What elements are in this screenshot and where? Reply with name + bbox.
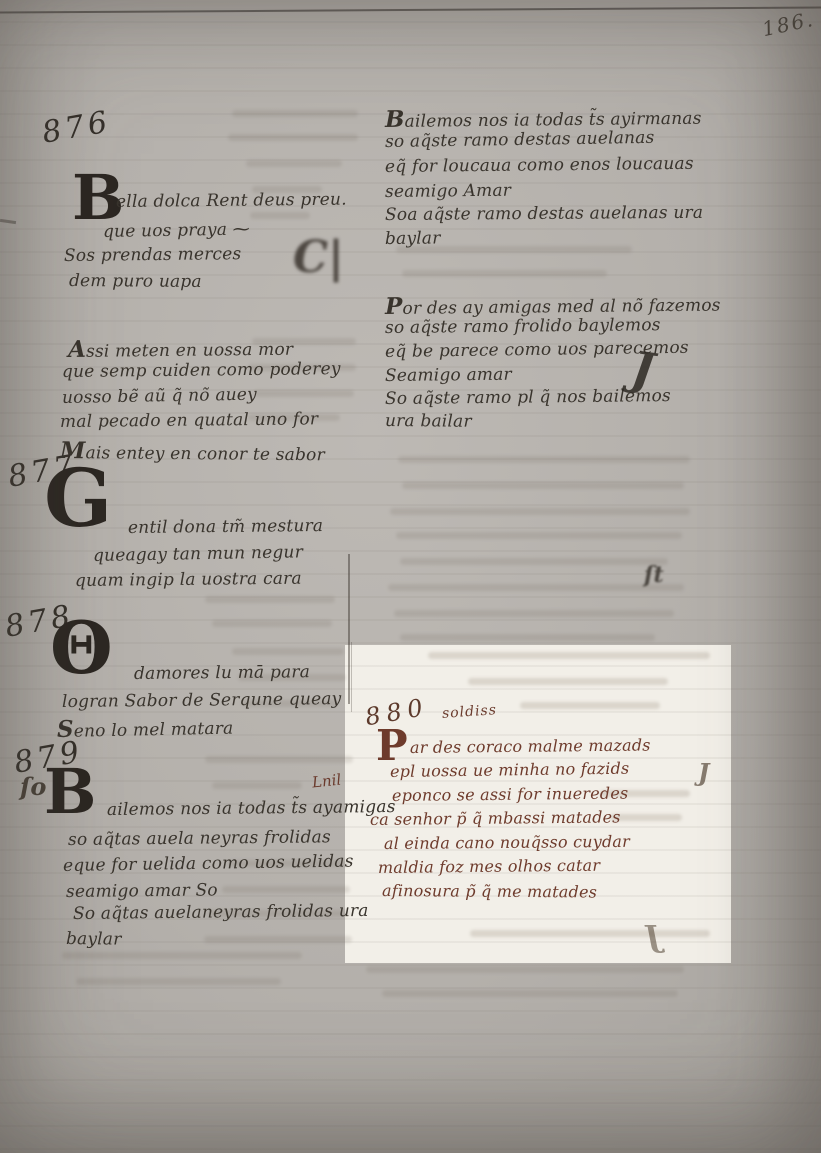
bleed-through-line (205, 756, 353, 763)
verse-line: eque for uelida como uos uelidas (63, 851, 354, 876)
verse-line: seamigo amar So (66, 880, 218, 902)
bleed-through-line (520, 702, 660, 709)
initial-878: Θ (50, 616, 113, 681)
verse-line: ailemos nos ia todas t̃s ayamigas (107, 797, 396, 820)
bleed-through-line (366, 966, 684, 973)
bleed-through-line (76, 978, 281, 985)
bleed-through-line (246, 160, 342, 167)
verse-line: uosso bẽ aũ q̃ nõ auey (62, 385, 257, 408)
bleed-through-line (382, 990, 678, 997)
verse-line: maldia foz mes olhos catar (378, 856, 600, 877)
verse-line: so aq̃ste ramo frolido baylemos (385, 315, 661, 338)
verse-line: ca senhor p̃ q̃ mbassi matades (370, 807, 621, 829)
verse-line: eq̃ for loucaua como enos loucauas (385, 154, 694, 177)
verse-line: quam ingip la uostra cara (75, 569, 302, 591)
bleed-through-line (228, 134, 358, 141)
bleed-through-line (232, 110, 358, 117)
folio-number: 186. (760, 7, 816, 41)
verse-line: afinosura p̃ q̃ me matades (382, 881, 597, 902)
bleed-through-line (222, 886, 350, 893)
bleed-through-line (396, 532, 682, 539)
initial-flourish-879: ſo (20, 772, 46, 801)
verse-line: damores lu mā para (134, 662, 310, 684)
left-edge-tick (0, 219, 16, 224)
verse-line: mal pecado en quatal uno for (60, 409, 318, 432)
center-fold-line-lower (351, 642, 352, 712)
verse-line: que uos praya ⁓ (103, 219, 250, 242)
initial-879: B (44, 764, 96, 820)
verse-line: baylar (385, 228, 441, 249)
verse-line: Seno lo mel matara (57, 713, 234, 743)
verse-line: So aq̃tas auelaneyras frolidas ura (73, 901, 369, 924)
verse-line: so aq̃tas auela neyras frolidas (68, 827, 331, 850)
bleed-through-line (470, 930, 710, 937)
bleed-through-line (388, 584, 684, 591)
bleed-through-line (204, 936, 352, 943)
verse-line: Seamigo amar (385, 365, 512, 386)
verse-line: que semp cuiden como poderey (62, 359, 341, 382)
verse-line: ella dolca Rent deus preu. (116, 190, 347, 212)
verse-line: logran Sabor de Serqune queay (62, 689, 342, 712)
verse-line: baylar (66, 929, 122, 950)
bleed-through-line (402, 482, 684, 489)
bleed-through-line (400, 558, 668, 565)
verse-line: seamigo Amar (385, 181, 511, 202)
small-ink-blot: ſt (644, 562, 664, 588)
bleed-through-line (212, 782, 302, 789)
bleed-through-line (390, 508, 690, 515)
bleed-through-line (400, 634, 655, 641)
initial-877: G (44, 462, 112, 534)
box-bottom-flourish: J (646, 920, 660, 955)
center-fold-line (348, 554, 350, 704)
bleed-through-line (398, 456, 690, 463)
verse-line: dem puro uapa (69, 271, 202, 292)
verse-line: epl uossa ue minha no fazids (390, 759, 630, 781)
bleed-through-line (205, 596, 335, 603)
page-top-edge (0, 6, 821, 13)
verse-line: ura bailar (385, 411, 472, 432)
bleed-through-line (394, 610, 674, 617)
verse-line: so aq̃ste ramo destas auelanas (385, 128, 655, 152)
box-flourish-j: J (698, 758, 709, 787)
manuscript-page: 186. 876 B ella dolca Rent deus preu. qu… (0, 0, 821, 1153)
bleed-through-line (250, 212, 310, 219)
margin-note: Lnil (311, 771, 342, 792)
verse-line: eponco se assi for inueredes (392, 784, 629, 805)
bleed-through-line (62, 952, 302, 959)
verse-line: Soa aq̃ste ramo destas auelanas ura (385, 203, 703, 225)
bleed-through-line (232, 648, 344, 655)
verse-line: ar des coraco malme mazads (410, 735, 651, 757)
verse-line: queagay tan mun negur (93, 542, 303, 566)
bleed-through-line (254, 390, 354, 397)
bleed-initial-mark: C| (293, 232, 344, 283)
verse-line: entil dona tm̃ mestura (128, 516, 323, 538)
bleed-through-line (610, 814, 682, 821)
verse-line: Assi meten en uossa mor (68, 334, 293, 363)
bleed-through-line (468, 678, 668, 685)
poem-number-876: 876 (39, 104, 113, 150)
initial-880: P (376, 727, 408, 765)
verse-line: Sos prendas merces (64, 244, 242, 266)
bleed-through-line (402, 270, 607, 277)
bleed-through-line (428, 652, 710, 659)
bleed-through-line (212, 620, 332, 627)
verse-line: al einda cano nouq̃sso cuydar (384, 832, 630, 853)
